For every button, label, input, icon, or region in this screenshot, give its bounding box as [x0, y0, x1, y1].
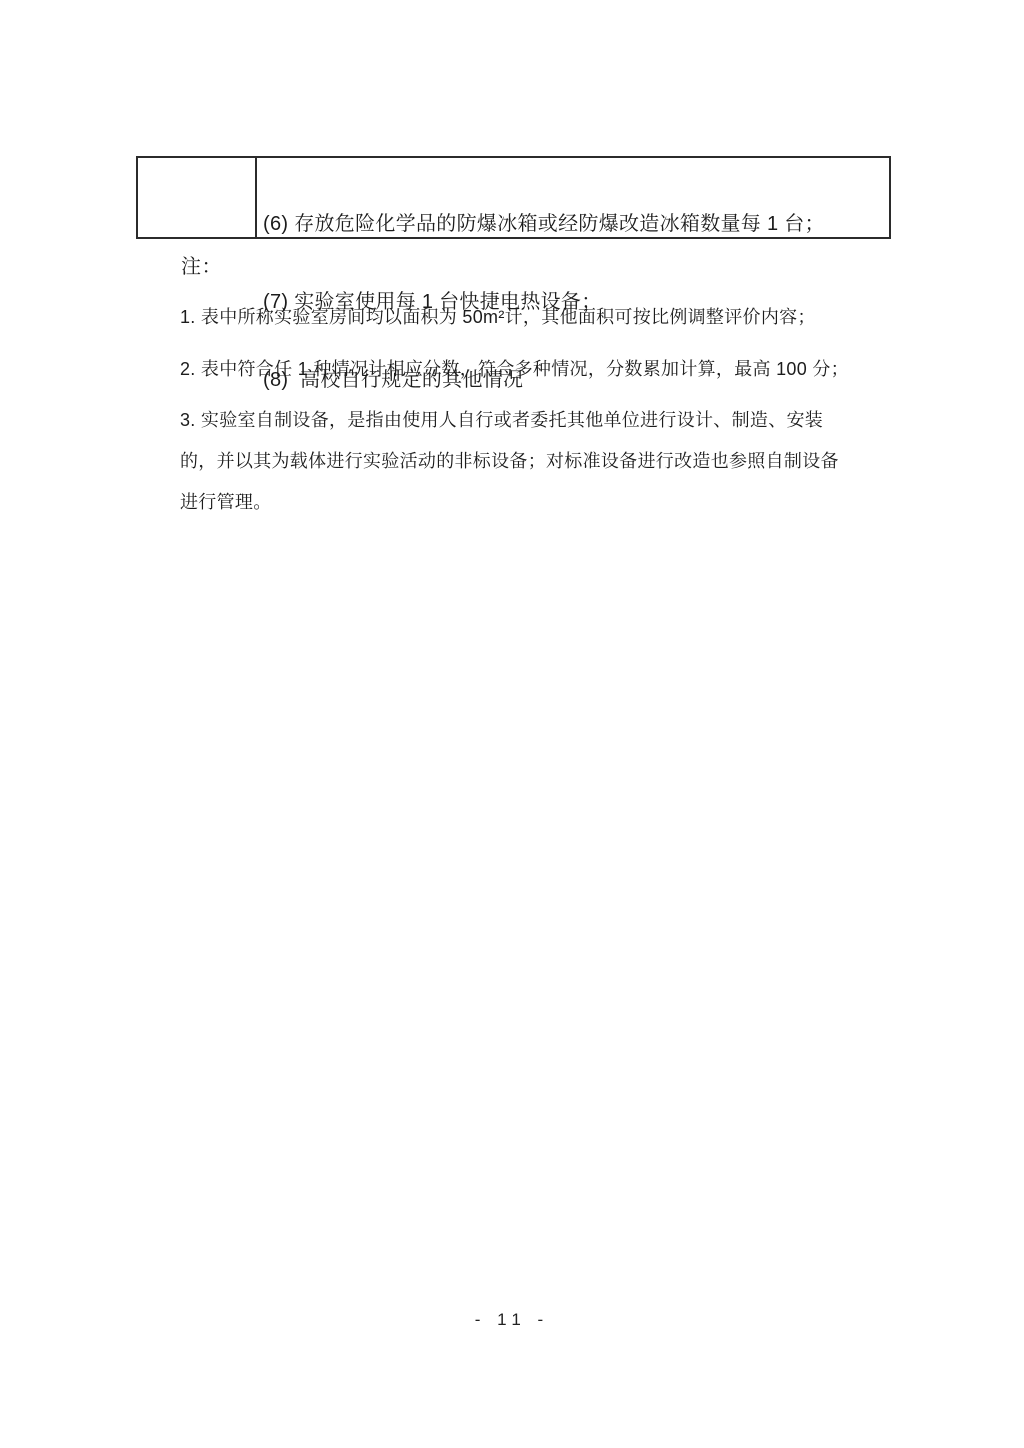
- table-item-6: (6) 存放危险化学品的防爆冰箱或经防爆改造冰箱数量每 1 台；: [263, 211, 885, 237]
- table-items-cell: (6) 存放危险化学品的防爆冰箱或经防爆改造冰箱数量每 1 台； (7) 实验室…: [257, 158, 889, 237]
- note-item-3: 3. 实验室自制设备，是指由使用人自行或者委托其他单位进行设计、制造、安装的，并…: [180, 400, 856, 523]
- note-item-1: 1. 表中所称实验室房间均以面积为 50m²计，其他面积可按比例调整评价内容；: [180, 297, 856, 338]
- page-number: - 11 -: [0, 1310, 1024, 1330]
- table-fragment: (6) 存放危险化学品的防爆冰箱或经防爆改造冰箱数量每 1 台； (7) 实验室…: [136, 156, 891, 239]
- note-item-2: 2. 表中符合任 1 种情况计相应分数，符合多种情况，分数累加计算，最高 100…: [180, 349, 856, 390]
- table-empty-cell: [138, 158, 257, 237]
- document-page: (6) 存放危险化学品的防爆冰箱或经防爆改造冰箱数量每 1 台； (7) 实验室…: [0, 0, 1024, 1448]
- notes-heading: 注：: [181, 250, 222, 279]
